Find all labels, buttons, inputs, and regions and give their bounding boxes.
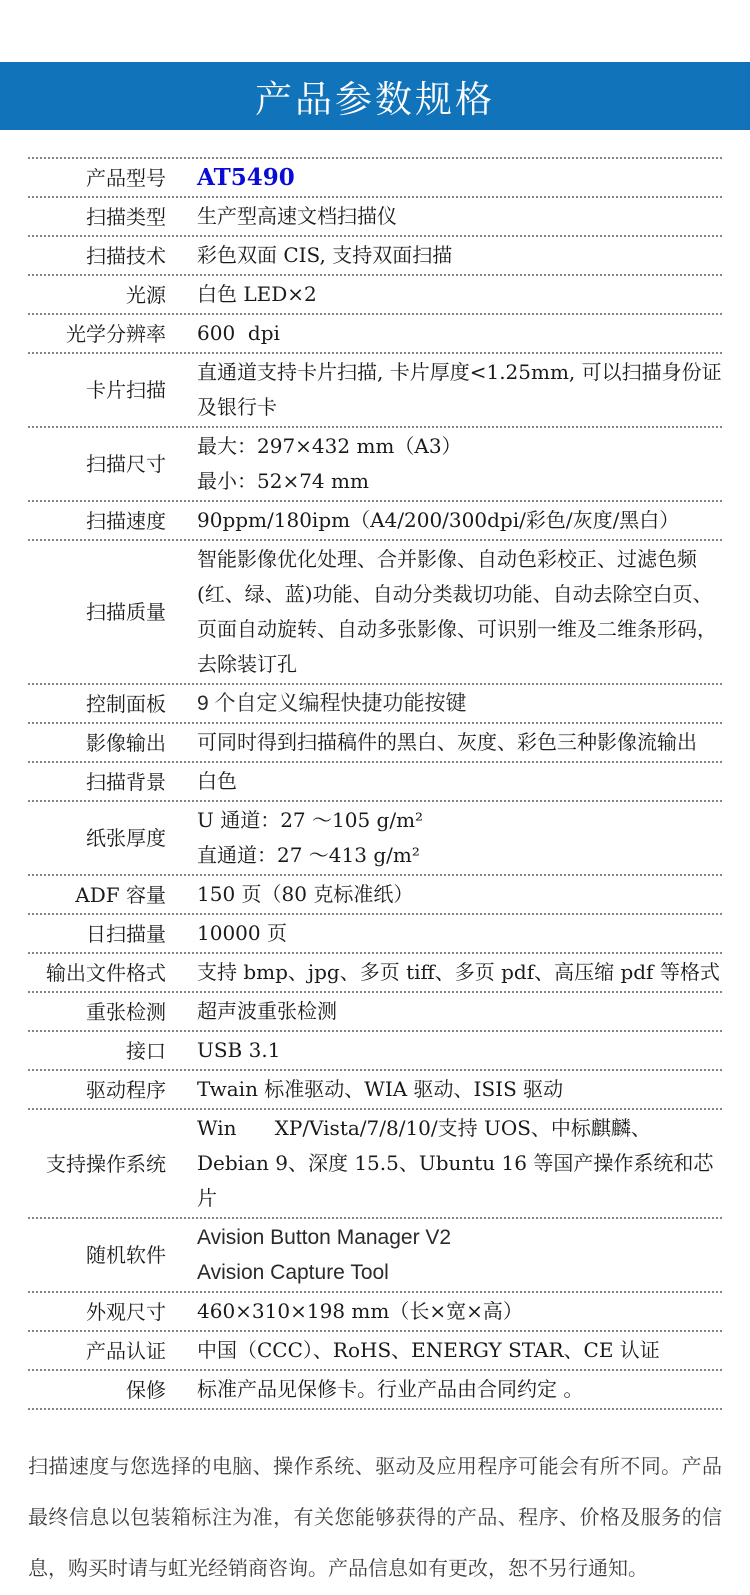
table-row: 驱动程序Twain 标准驱动、WIA 驱动、ISIS 驱动: [28, 1071, 722, 1110]
row-value-line: 600 dpi: [197, 316, 722, 351]
row-label: 随机软件: [28, 1219, 166, 1291]
table-row: 产品认证中国（CCC）、RoHS、ENERGY STAR、CE 认证: [28, 1332, 722, 1371]
row-value: 600 dpi: [197, 315, 722, 352]
row-label: 卡片扫描: [28, 354, 166, 426]
table-row: 支持操作系统Win XP/Vista/7/8/10/支持 UOS、中标麒麟、De…: [28, 1110, 722, 1219]
table-row: 扫描质量智能影像优化处理、合并影像、自动色彩校正、过滤色频(红、绿、蓝)功能、自…: [28, 541, 722, 685]
page-title: 产品参数规格: [255, 69, 495, 123]
table-row: 扫描背景白色: [28, 763, 722, 802]
row-value: USB 3.1: [197, 1032, 722, 1069]
row-value-line: U 通道：27 ～105 g/m²: [197, 803, 722, 838]
table-row: 光源白色 LED×2: [28, 276, 722, 315]
row-label: 重张检测: [28, 993, 166, 1030]
disclaimer-note: 扫描速度与您选择的电脑、操作系统、驱动及应用程序可能会有所不同。产品最终信息以包…: [28, 1442, 722, 1595]
spec-table: 产品型号AT5490扫描类型生产型高速文档扫描仪扫描技术彩色双面 CIS, 支持…: [28, 157, 722, 1410]
row-value-line: AT5490: [197, 160, 722, 195]
row-label: 扫描技术: [28, 237, 166, 274]
row-label: 光学分辨率: [28, 315, 166, 352]
row-label: 输出文件格式: [28, 954, 166, 991]
row-value-line: 直通道：27 ～413 g/m²: [197, 838, 722, 873]
row-label: ADF 容量: [28, 876, 166, 913]
row-value: 白色 LED×2: [197, 276, 722, 313]
row-label: 扫描背景: [28, 763, 166, 800]
table-row: 卡片扫描直通道支持卡片扫描, 卡片厚度<1.25mm, 可以扫描身份证及银行卡: [28, 354, 722, 428]
row-value-line: 标准产品见保修卡。行业产品由合同约定 。: [197, 1372, 722, 1407]
title-banner: 产品参数规格: [0, 62, 750, 130]
table-row: 扫描类型生产型高速文档扫描仪: [28, 198, 722, 237]
table-row: ADF 容量150 页（80 克标准纸）: [28, 876, 722, 915]
row-value: Twain 标准驱动、WIA 驱动、ISIS 驱动: [197, 1071, 722, 1108]
row-value-line: Win XP/Vista/7/8/10/支持 UOS、中标麒麟、Debian 9…: [197, 1111, 722, 1216]
row-value: 150 页（80 克标准纸）: [197, 876, 722, 913]
spec-sheet-page: 产品参数规格 产品型号AT5490扫描类型生产型高速文档扫描仪扫描技术彩色双面 …: [0, 62, 750, 1595]
row-value-line: 智能影像优化处理、合并影像、自动色彩校正、过滤色频(红、绿、蓝)功能、自动分类裁…: [197, 542, 722, 682]
row-value-line: USB 3.1: [197, 1033, 722, 1068]
row-value-line: 超声波重张检测: [197, 994, 722, 1029]
row-label: 产品认证: [28, 1332, 166, 1369]
table-row: 保修标准产品见保修卡。行业产品由合同约定 。: [28, 1371, 722, 1410]
row-value-line: Twain 标准驱动、WIA 驱动、ISIS 驱动: [197, 1072, 722, 1107]
row-value-line: 460×310×198 mm（长×宽×高）: [197, 1294, 722, 1329]
row-label: 支持操作系统: [28, 1110, 166, 1217]
table-row: 随机软件Avision Button Manager V2Avision Cap…: [28, 1219, 722, 1293]
row-value: 中国（CCC）、RoHS、ENERGY STAR、CE 认证: [197, 1332, 722, 1369]
row-value-line: 彩色双面 CIS, 支持双面扫描: [197, 238, 722, 273]
row-value: 可同时得到扫描稿件的黑白、灰度、彩色三种影像流输出: [197, 724, 722, 761]
row-value-line: 150 页（80 克标准纸）: [197, 877, 722, 912]
row-value: 超声波重张检测: [197, 993, 722, 1030]
row-label: 影像输出: [28, 724, 166, 761]
row-value-line: 白色: [197, 764, 722, 799]
row-value: 460×310×198 mm（长×宽×高）: [197, 1293, 722, 1330]
row-label: 接口: [28, 1032, 166, 1069]
row-label: 驱动程序: [28, 1071, 166, 1108]
row-value-line: 最小：52×74 mm: [197, 464, 722, 499]
row-value: 直通道支持卡片扫描, 卡片厚度<1.25mm, 可以扫描身份证及银行卡: [197, 354, 722, 426]
row-value: AT5490: [197, 159, 722, 196]
row-value: 生产型高速文档扫描仪: [197, 198, 722, 235]
table-row: 产品型号AT5490: [28, 159, 722, 198]
row-label: 光源: [28, 276, 166, 313]
row-value: 10000 页: [197, 915, 722, 952]
table-row: 接口USB 3.1: [28, 1032, 722, 1071]
table-row: 外观尺寸460×310×198 mm（长×宽×高）: [28, 1293, 722, 1332]
row-value: 标准产品见保修卡。行业产品由合同约定 。: [197, 1371, 722, 1408]
row-label: 控制面板: [28, 685, 166, 722]
row-value: Avision Button Manager V2Avision Capture…: [197, 1219, 722, 1291]
row-value-line: 9 个自定义编程快捷功能按键: [197, 686, 722, 721]
row-label: 保修: [28, 1371, 166, 1408]
table-row: 输出文件格式支持 bmp、jpg、多页 tiff、多页 pdf、高压缩 pdf …: [28, 954, 722, 993]
row-value-line: Avision Capture Tool: [197, 1255, 722, 1290]
row-value-line: Avision Button Manager V2: [197, 1220, 722, 1255]
row-value: 支持 bmp、jpg、多页 tiff、多页 pdf、高压缩 pdf 等格式: [197, 954, 722, 991]
table-row: 重张检测超声波重张检测: [28, 993, 722, 1032]
row-value: 彩色双面 CIS, 支持双面扫描: [197, 237, 722, 274]
row-label: 产品型号: [28, 159, 166, 196]
row-value-line: 90ppm/180ipm（A4/200/300dpi/彩色/灰度/黑白）: [197, 503, 722, 538]
row-value-line: 支持 bmp、jpg、多页 tiff、多页 pdf、高压缩 pdf 等格式: [197, 955, 722, 990]
row-value-line: 中国（CCC）、RoHS、ENERGY STAR、CE 认证: [197, 1333, 722, 1368]
row-value: 智能影像优化处理、合并影像、自动色彩校正、过滤色频(红、绿、蓝)功能、自动分类裁…: [197, 541, 722, 683]
row-value: 90ppm/180ipm（A4/200/300dpi/彩色/灰度/黑白）: [197, 502, 722, 539]
row-value: U 通道：27 ～105 g/m²直通道：27 ～413 g/m²: [197, 802, 722, 874]
row-label: 扫描速度: [28, 502, 166, 539]
table-row: 影像输出可同时得到扫描稿件的黑白、灰度、彩色三种影像流输出: [28, 724, 722, 763]
table-row: 扫描技术彩色双面 CIS, 支持双面扫描: [28, 237, 722, 276]
row-value: 白色: [197, 763, 722, 800]
row-label: 纸张厚度: [28, 802, 166, 874]
row-label: 扫描类型: [28, 198, 166, 235]
row-value-line: 可同时得到扫描稿件的黑白、灰度、彩色三种影像流输出: [197, 725, 722, 760]
row-value-line: 白色 LED×2: [197, 277, 722, 312]
table-row: 扫描速度90ppm/180ipm（A4/200/300dpi/彩色/灰度/黑白）: [28, 502, 722, 541]
table-row: 光学分辨率600 dpi: [28, 315, 722, 354]
row-value-line: 直通道支持卡片扫描, 卡片厚度<1.25mm, 可以扫描身份证及银行卡: [197, 355, 722, 425]
table-row: 纸张厚度U 通道：27 ～105 g/m²直通道：27 ～413 g/m²: [28, 802, 722, 876]
row-value-line: 10000 页: [197, 916, 722, 951]
table-row: 控制面板9 个自定义编程快捷功能按键: [28, 685, 722, 724]
table-row: 扫描尺寸最大：297×432 mm（A3）最小：52×74 mm: [28, 428, 722, 502]
row-value: 9 个自定义编程快捷功能按键: [197, 685, 722, 722]
row-label: 扫描质量: [28, 541, 166, 683]
row-label: 日扫描量: [28, 915, 166, 952]
row-label: 外观尺寸: [28, 1293, 166, 1330]
row-label: 扫描尺寸: [28, 428, 166, 500]
row-value-line: 最大：297×432 mm（A3）: [197, 429, 722, 464]
row-value-line: 生产型高速文档扫描仪: [197, 199, 722, 234]
table-row: 日扫描量10000 页: [28, 915, 722, 954]
row-value: Win XP/Vista/7/8/10/支持 UOS、中标麒麟、Debian 9…: [197, 1110, 722, 1217]
row-value: 最大：297×432 mm（A3）最小：52×74 mm: [197, 428, 722, 500]
